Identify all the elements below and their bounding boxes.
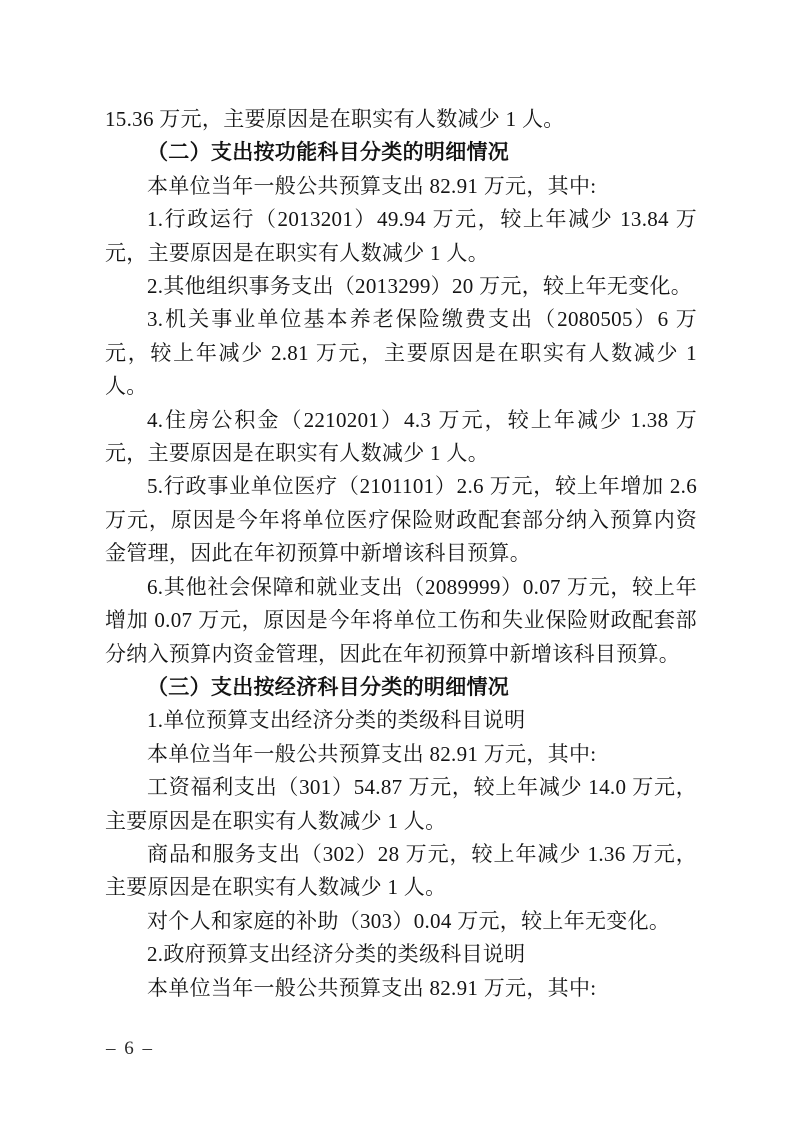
document-page: 15.36 万元，主要原因是在职实有人数减少 1 人。（二）支出按功能科目分类的… xyxy=(0,0,793,1122)
paragraph: 3.机关事业单位基本养老保险缴费支出（2080505）6 万元，较上年减少 2.… xyxy=(105,303,697,403)
paragraph: 工资福利支出（301）54.87 万元，较上年减少 14.0 万元，主要原因是在… xyxy=(105,771,697,838)
paragraph: 5.行政事业单位医疗（2101101）2.6 万元，较上年增加 2.6 万元，原… xyxy=(105,470,697,570)
paragraph: 商品和服务支出（302）28 万元，较上年减少 1.36 万元，主要原因是在职实… xyxy=(105,838,697,905)
paragraph: 1.单位预算支出经济分类的类级科目说明 xyxy=(105,704,697,737)
paragraph: 4.住房公积金（2210201）4.3 万元，较上年减少 1.38 万元，主要原… xyxy=(105,404,697,471)
paragraph: 本单位当年一般公共预算支出 82.91 万元，其中: xyxy=(105,972,697,1005)
paragraph: 本单位当年一般公共预算支出 82.91 万元，其中: xyxy=(105,170,697,203)
paragraph: 本单位当年一般公共预算支出 82.91 万元，其中: xyxy=(105,738,697,771)
paragraph: 6.其他社会保障和就业支出（2089999）0.07 万元，较上年增加 0.07… xyxy=(105,571,697,671)
section-heading: （三）支出按经济科目分类的明细情况 xyxy=(105,671,697,704)
paragraph: 2.政府预算支出经济分类的类级科目说明 xyxy=(105,938,697,971)
paragraph: 15.36 万元，主要原因是在职实有人数减少 1 人。 xyxy=(105,103,697,136)
section-heading: （二）支出按功能科目分类的明细情况 xyxy=(105,136,697,169)
paragraph: 2.其他组织事务支出（2013299）20 万元，较上年无变化。 xyxy=(105,270,697,303)
document-body: 15.36 万元，主要原因是在职实有人数减少 1 人。（二）支出按功能科目分类的… xyxy=(105,103,697,1005)
paragraph: 1.行政运行（2013201）49.94 万元，较上年减少 13.84 万元，主… xyxy=(105,203,697,270)
page-number: – 6 – xyxy=(106,1036,154,1062)
paragraph: 对个人和家庭的补助（303）0.04 万元，较上年无变化。 xyxy=(105,905,697,938)
